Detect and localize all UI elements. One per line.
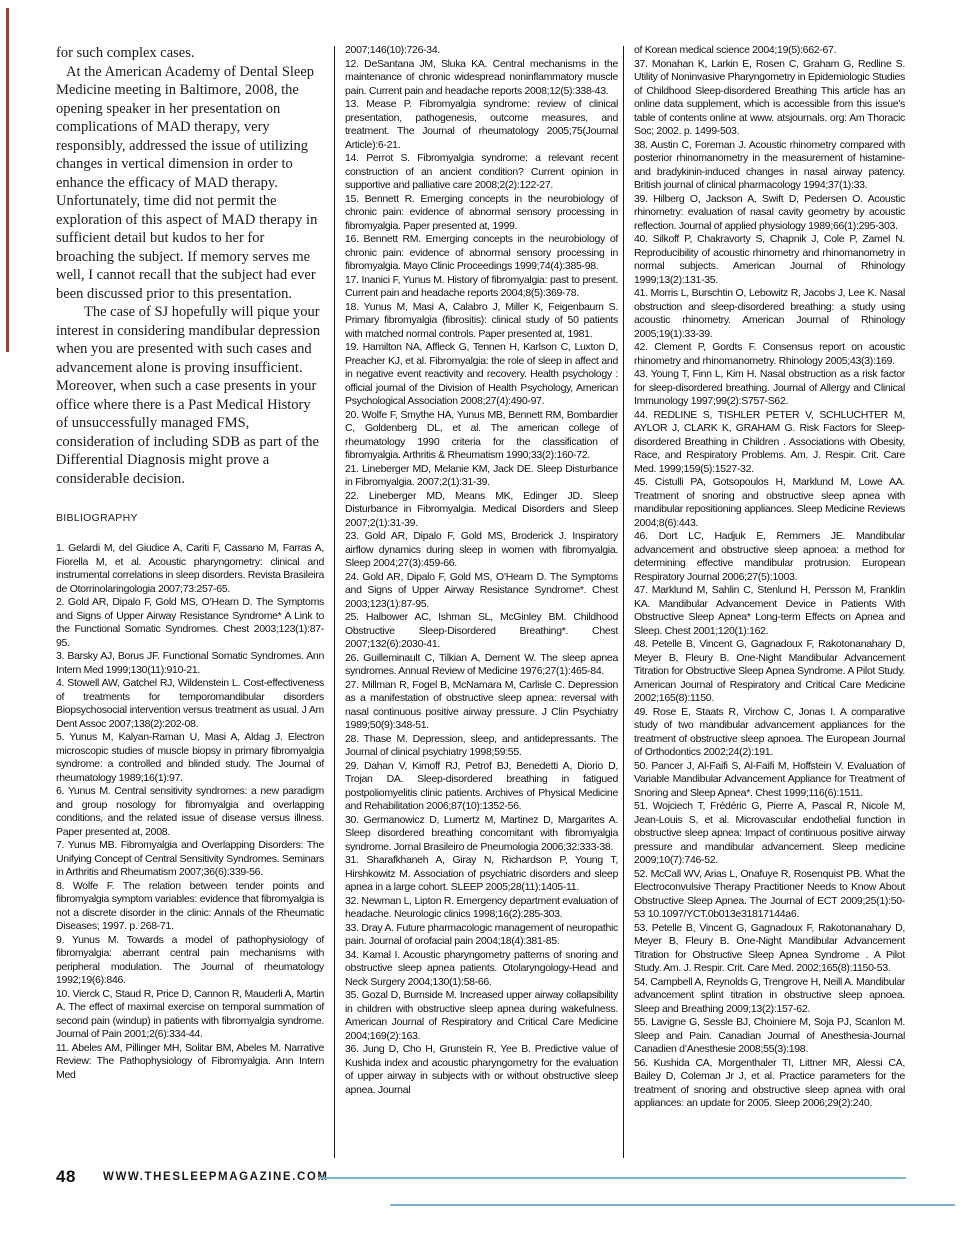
paragraph: At the American Academy of Dental Sleep … bbox=[56, 63, 324, 304]
reference-item: 49. Rose E, Staats R, Virchow C, Jonas I… bbox=[634, 706, 905, 760]
reference-item: 8. Wolfe F. The relation between tender … bbox=[56, 880, 324, 934]
reference-item: 38. Austin C, Foreman J. Acoustic rhinom… bbox=[634, 139, 905, 193]
column-divider bbox=[623, 46, 624, 1158]
reference-item: 4. Stowell AW, Gatchel RJ, Wildenstein L… bbox=[56, 677, 324, 731]
paragraph: for such complex cases. bbox=[56, 44, 324, 63]
reference-item: 27. Millman R, Fogel B, McNamara M, Carl… bbox=[345, 679, 618, 733]
reference-item: 29. Dahan V, Kimoff RJ, Petrof BJ, Bened… bbox=[345, 760, 618, 814]
reference-item: 2. Gold AR, Dipalo F, Gold MS, O’Hearn D… bbox=[56, 596, 324, 650]
reference-item: 31. Sharafkhaneh A, Giray N, Richardson … bbox=[345, 854, 618, 895]
column-right: of Korean medical science 2004;19(5):662… bbox=[634, 44, 905, 1111]
reference-item: 45. Cistulli PA, Gotsopoulos H, Marklund… bbox=[634, 476, 905, 530]
reference-item: 13. Mease P. Fibromyalgia syndrome: revi… bbox=[345, 98, 618, 152]
reference-item: 7. Yunus MB. Fibromyalgia and Overlappin… bbox=[56, 839, 324, 880]
reference-item: 17. Inanici F, Yunus M. History of fibro… bbox=[345, 274, 618, 301]
reference-item: 35. Gozal D, Burnside M. Increased upper… bbox=[345, 989, 618, 1043]
reference-item: 42. Clement P, Gordts F. Consensus repor… bbox=[634, 341, 905, 368]
reference-list-col2: 2007;146(10):726-34.12. DeSantana JM, Sl… bbox=[345, 44, 618, 1097]
reference-item: 56. Kushida CA, Morgenthaler TI, Littner… bbox=[634, 1057, 905, 1111]
reference-item: 41. Morris L, Burschtin O, Lebowitz R, J… bbox=[634, 287, 905, 341]
reference-item: 32. Newman L, Lipton R. Emergency depart… bbox=[345, 895, 618, 922]
reference-item: 44. REDLINE S, TISHLER PETER V, SCHLUCHT… bbox=[634, 409, 905, 477]
reference-item: 26. Guilleminault C, Tilkian A, Dement W… bbox=[345, 652, 618, 679]
reference-item: of Korean medical science 2004;19(5):662… bbox=[634, 44, 905, 58]
reference-item: 2007;146(10):726-34. bbox=[345, 44, 618, 58]
reference-item: 1. Gelardi M, del Giudice A, Cariti F, C… bbox=[56, 542, 324, 596]
reference-item: 52. McCall WV, Arias L, Onafuye R, Rosen… bbox=[634, 868, 905, 922]
article-body: for such complex cases. At the American … bbox=[56, 44, 324, 488]
reference-item: 36. Jung D, Cho H, Grunstein R, Yee B. P… bbox=[345, 1043, 618, 1097]
reference-item: 53. Petelle B, Vincent G, Gagnadoux F, R… bbox=[634, 922, 905, 976]
reference-item: 24. Gold AR, Dipalo F, Gold MS, O’Hearn … bbox=[345, 571, 618, 612]
page-number: 48 bbox=[56, 1167, 76, 1187]
reference-item: 12. DeSantana JM, Sluka KA. Central mech… bbox=[345, 58, 618, 99]
reference-list-col1: 1. Gelardi M, del Giudice A, Cariti F, C… bbox=[56, 542, 324, 1082]
reference-item: 54. Campbell A, Reynolds G, Trengrove H,… bbox=[634, 976, 905, 1017]
reference-item: 10. Vierck C, Staud R, Price D, Cannon R… bbox=[56, 988, 324, 1042]
reference-item: 16. Bennett RM. Emerging concepts in the… bbox=[345, 233, 618, 274]
magazine-page: for such complex cases. At the American … bbox=[0, 0, 960, 1242]
reference-item: 47. Marklund M, Sahlin C, Stenlund H, Pe… bbox=[634, 584, 905, 638]
bibliography-heading: BIBLIOGRAPHY bbox=[56, 512, 324, 524]
footer-blue-rule bbox=[318, 1177, 906, 1179]
reference-item: 19. Hamilton NA, Affleck G, Tennen H, Ka… bbox=[345, 341, 618, 409]
reference-item: 46. Dort LC, Hadjuk E, Remmers JE. Mandi… bbox=[634, 530, 905, 584]
reference-item: 50. Pancer J, Al-Faifi S, Al-Faifi M, Ho… bbox=[634, 760, 905, 801]
reference-item: 48. Petelle B, Vincent G, Gagnadoux F, R… bbox=[634, 638, 905, 706]
reference-item: 5. Yunus M, Kalyan-Raman U, Masi A, Alda… bbox=[56, 731, 324, 785]
reference-item: 22. Lineberger MD, Means MK, Edinger JD.… bbox=[345, 490, 618, 531]
website-url: WWW.THESLEEPMAGAZINE.COM bbox=[103, 1171, 329, 1183]
reference-item: 21. Lineberger MD, Melanie KM, Jack DE. … bbox=[345, 463, 618, 490]
reference-item: 18. Yunus M, Masi A, Calabro J, Miller K… bbox=[345, 301, 618, 342]
column-divider bbox=[334, 46, 335, 1158]
reference-item: 33. Dray A. Future pharmacologic managem… bbox=[345, 922, 618, 949]
reference-item: 3. Barsky AJ, Borus JF. Functional Somat… bbox=[56, 650, 324, 677]
reference-item: 6. Yunus M. Central sensitivity syndrome… bbox=[56, 785, 324, 839]
reference-item: 9. Yunus M. Towards a model of pathophys… bbox=[56, 934, 324, 988]
red-edge-rule bbox=[6, 8, 9, 352]
reference-item: 23. Gold AR, Dipalo F, Gold MS, Broderic… bbox=[345, 530, 618, 571]
reference-item: 43. Young T, Finn L, Kim H. Nasal obstru… bbox=[634, 368, 905, 409]
reference-item: 30. Germanowicz D, Lumertz M, Martinez D… bbox=[345, 814, 618, 855]
reference-item: 25. Halbower AC, Ishman SL, McGinley BM.… bbox=[345, 611, 618, 652]
reference-item: 11. Abeles AM, Pillinger MH, Solitar BM,… bbox=[56, 1042, 324, 1083]
reference-list-col3: of Korean medical science 2004;19(5):662… bbox=[634, 44, 905, 1111]
reference-item: 28. Thase M. Depression, sleep, and anti… bbox=[345, 733, 618, 760]
reference-item: 40. Silkoff P, Chakravorty S, Chapnik J,… bbox=[634, 233, 905, 287]
column-left: for such complex cases. At the American … bbox=[56, 44, 324, 1082]
reference-item: 14. Perrot S. Fibromyalgia syndrome: a r… bbox=[345, 152, 618, 193]
bottom-blue-rule bbox=[390, 1204, 955, 1206]
reference-item: 55. Lavigne G, Sessle BJ, Choiniere M, S… bbox=[634, 1016, 905, 1057]
reference-item: 34. Kamal I. Acoustic pharyngometry patt… bbox=[345, 949, 618, 990]
paragraph: The case of SJ hopefully will pique your… bbox=[56, 303, 324, 488]
column-middle: 2007;146(10):726-34.12. DeSantana JM, Sl… bbox=[345, 44, 618, 1097]
reference-item: 39. Hilberg O, Jackson A, Swift D, Peder… bbox=[634, 193, 905, 234]
reference-item: 20. Wolfe F, Smythe HA, Yunus MB, Bennet… bbox=[345, 409, 618, 463]
reference-item: 15. Bennett R. Emerging concepts in the … bbox=[345, 193, 618, 234]
reference-item: 37. Monahan K, Larkin E, Rosen C, Graham… bbox=[634, 58, 905, 139]
reference-item: 51. Wojciech T, Frédéric G, Pierre A, Pa… bbox=[634, 800, 905, 868]
